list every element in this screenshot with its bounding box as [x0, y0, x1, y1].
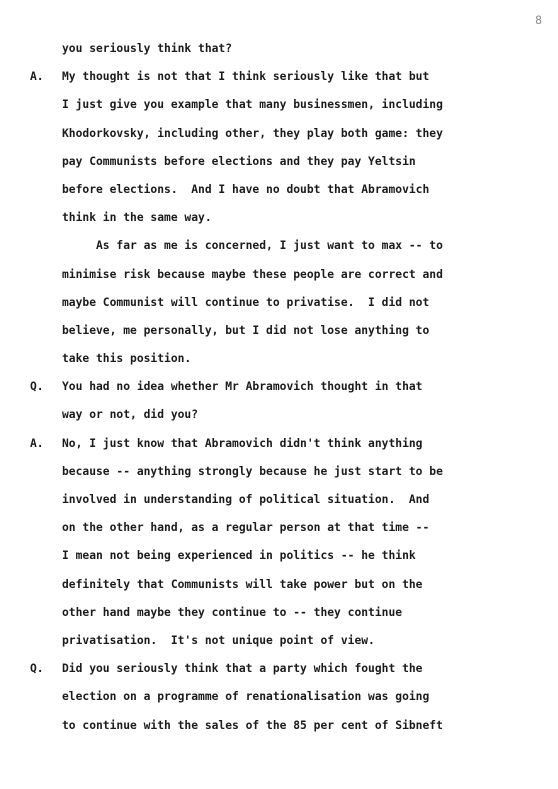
- transcript-line: privatisation. It's not unique point of …: [0, 627, 558, 655]
- transcript-line: to continue with the sales of the 85 per…: [0, 712, 558, 740]
- line-text: pay Communists before elections and they…: [62, 148, 558, 176]
- transcript-line: minimise risk because maybe these people…: [0, 261, 558, 289]
- line-text: believe, me personally, but I did not lo…: [62, 317, 558, 345]
- transcript-line: A.No, I just know that Abramovich didn't…: [0, 430, 558, 458]
- line-text: on the other hand, as a regular person a…: [62, 514, 558, 542]
- transcript-line: Q.Did you seriously think that a party w…: [0, 655, 558, 683]
- transcript-line: Q.You had no idea whether Mr Abramovich …: [0, 373, 558, 401]
- line-text: to continue with the sales of the 85 per…: [62, 712, 558, 740]
- line-text: privatisation. It's not unique point of …: [62, 627, 558, 655]
- transcript-body: you seriously think that?A.My thought is…: [0, 35, 558, 740]
- transcript-line: because -- anything strongly because he …: [0, 458, 558, 486]
- transcript-line: election on a programme of renationalisa…: [0, 683, 558, 711]
- line-text: I just give you example that many busine…: [62, 91, 558, 119]
- line-text: No, I just know that Abramovich didn't t…: [62, 430, 558, 458]
- transcript-line: take this position.: [0, 345, 558, 373]
- transcript-line: other hand maybe they continue to -- the…: [0, 599, 558, 627]
- transcript-line: I mean not being experienced in politics…: [0, 542, 558, 570]
- line-text: I mean not being experienced in politics…: [62, 542, 558, 570]
- transcript-line: think in the same way.: [0, 204, 558, 232]
- line-text: maybe Communist will continue to privati…: [62, 289, 558, 317]
- line-text: involved in understanding of political s…: [62, 486, 558, 514]
- line-text: definitely that Communists will take pow…: [62, 571, 558, 599]
- line-text: take this position.: [62, 345, 558, 373]
- line-text: because -- anything strongly because he …: [62, 458, 558, 486]
- transcript-line: involved in understanding of political s…: [0, 486, 558, 514]
- speaker-label: Q.: [30, 655, 44, 683]
- transcript-line: As far as me is concerned, I just want t…: [0, 232, 558, 260]
- line-text: As far as me is concerned, I just want t…: [96, 232, 558, 260]
- transcript-line: pay Communists before elections and they…: [0, 148, 558, 176]
- line-text: Did you seriously think that a party whi…: [62, 655, 558, 683]
- transcript-line: you seriously think that?: [0, 35, 558, 63]
- line-text: My thought is not that I think seriously…: [62, 63, 558, 91]
- line-text: election on a programme of renationalisa…: [62, 683, 558, 711]
- line-text: minimise risk because maybe these people…: [62, 261, 558, 289]
- transcript-line: definitely that Communists will take pow…: [0, 571, 558, 599]
- transcript-line: before elections. And I have no doubt th…: [0, 176, 558, 204]
- speaker-label: Q.: [30, 373, 44, 401]
- transcript-line: way or not, did you?: [0, 401, 558, 429]
- transcript-line: A.My thought is not that I think serious…: [0, 63, 558, 91]
- line-text: other hand maybe they continue to -- the…: [62, 599, 558, 627]
- line-text: You had no idea whether Mr Abramovich th…: [62, 373, 558, 401]
- line-text: way or not, did you?: [62, 401, 558, 429]
- line-text: before elections. And I have no doubt th…: [62, 176, 558, 204]
- speaker-label: A.: [30, 430, 44, 458]
- transcript-page: 8 you seriously think that?A.My thought …: [0, 0, 558, 789]
- transcript-line: Khodorkovsky, including other, they play…: [0, 120, 558, 148]
- transcript-line: on the other hand, as a regular person a…: [0, 514, 558, 542]
- transcript-line: believe, me personally, but I did not lo…: [0, 317, 558, 345]
- line-text: Khodorkovsky, including other, they play…: [62, 120, 558, 148]
- transcript-line: I just give you example that many busine…: [0, 91, 558, 119]
- speaker-label: A.: [30, 63, 44, 91]
- page-number: 8: [535, 13, 542, 27]
- transcript-line: maybe Communist will continue to privati…: [0, 289, 558, 317]
- line-text: you seriously think that?: [62, 35, 558, 63]
- line-text: think in the same way.: [62, 204, 558, 232]
